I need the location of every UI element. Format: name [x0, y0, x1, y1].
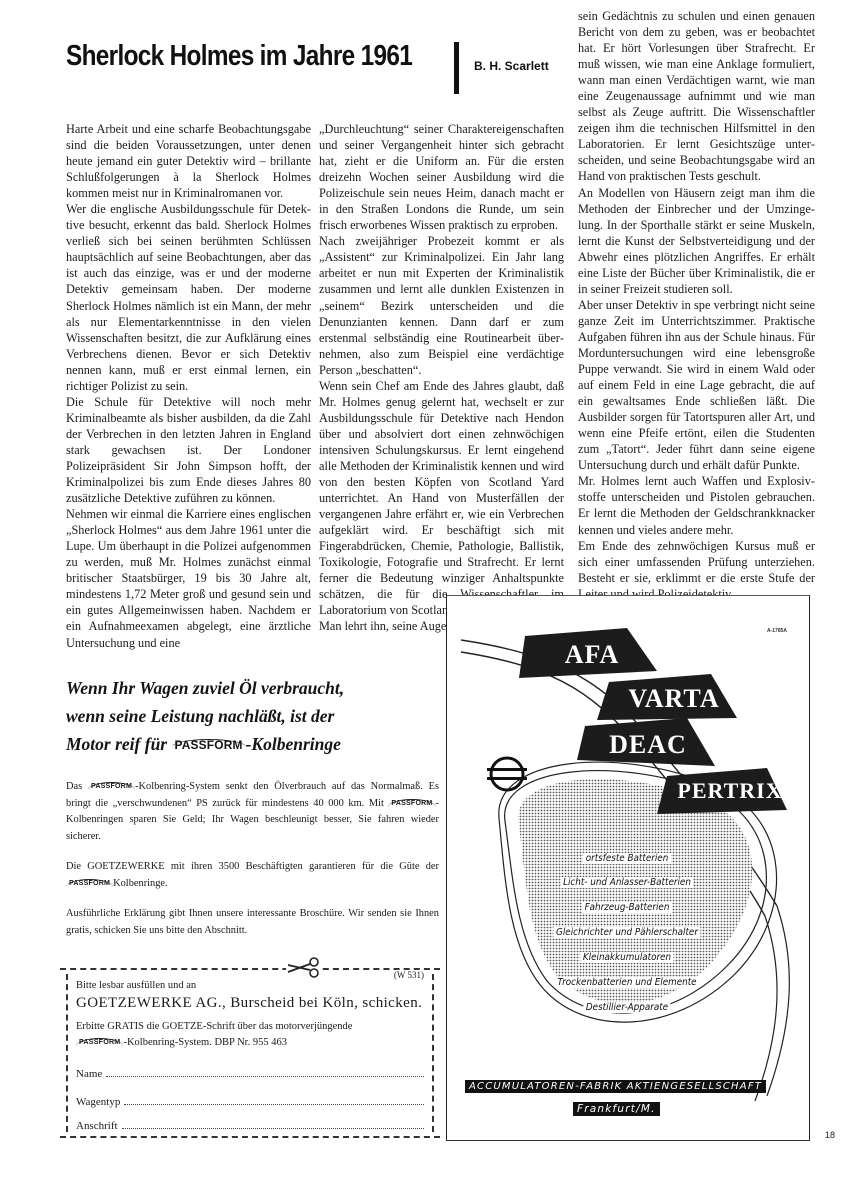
cut-line	[60, 1136, 440, 1138]
paragraph: Die Schule für Detektive will noch mehr …	[66, 394, 311, 506]
company-name: ACCUMULATOREN-FABRIK AKTIENGESELLSCHAFT	[465, 1080, 766, 1093]
brand-deac: DEAC	[593, 730, 703, 760]
cut-line	[60, 968, 440, 970]
coupon-border-right	[432, 974, 434, 1132]
name-field[interactable]: Name	[76, 1066, 424, 1080]
company-logo-icon	[487, 758, 527, 790]
headline-line: Wenn Ihr Wagen zuviel Öl verbraucht,	[66, 674, 441, 702]
coupon-request: Erbitte GRATIS die GOETZE-Schrift über d…	[76, 1021, 424, 1032]
brand-afa: AFA	[547, 640, 637, 670]
paragraph: Em Ende des zehnwöchigen Kursus muß er s…	[578, 538, 815, 602]
paragraph: „Durchleuchtung“ seiner Charaktereigensc…	[319, 121, 564, 233]
paragraph: Wer die englische Ausbildungsschule für …	[66, 201, 311, 394]
page-number: 18	[825, 1130, 835, 1140]
paragraph: Harte Arbeit und eine scharfe Beobachtun…	[66, 121, 311, 201]
coupon-code: (W 531)	[394, 970, 424, 980]
ad-reference-code: A-1785A	[767, 628, 787, 634]
coupon-border-left	[66, 974, 68, 1132]
product-item: Destillier-Apparate	[583, 1002, 670, 1013]
article-author: B. H. Scarlett	[474, 59, 549, 73]
headline-line: Motor reif für PASSFORM-Kolbenringe	[66, 730, 441, 758]
paragraph: Mr. Holmes lernt auch Waffen und Explosi…	[578, 473, 815, 537]
address-input-line[interactable]	[122, 1118, 424, 1129]
article-column-2: „Durchleuchtung“ seiner Charaktereigensc…	[319, 121, 564, 635]
passform-logo: PASSFORM	[388, 799, 435, 807]
paragraph: An Modellen von Häusern zeigt man ihm di…	[578, 185, 815, 297]
passform-logo: PASSFORM	[172, 739, 246, 752]
car-type-input-line[interactable]	[124, 1094, 424, 1105]
article-title: Sherlock Holmes im Jahre 1961	[66, 40, 412, 73]
field-label: Name	[76, 1068, 102, 1080]
paragraph: Nehmen wir einmal die Karriere eines eng…	[66, 506, 311, 650]
text: -Kolbenring-System. DBP Nr. 955 463	[123, 1037, 287, 1048]
headline-line: wenn seine Leistung nachläßt, ist der	[66, 702, 441, 730]
passform-paragraph-3: Ausführliche Erklärung gibt Ihnen unsere…	[66, 906, 439, 939]
name-input-line[interactable]	[106, 1066, 424, 1077]
paragraph: Aber unser Detektiv in spe verbringt nic…	[578, 297, 815, 474]
brand-varta: VARTA	[619, 684, 729, 714]
passform-logo: PASSFORM	[76, 1038, 123, 1046]
product-item: Trockenbatterien und Elemente	[555, 977, 699, 988]
text: Kolbenringe.	[113, 878, 168, 889]
paragraph: sein Gedächtnis zu schulen und einen gen…	[578, 8, 815, 185]
brand-pertrix: PERTRIX	[675, 778, 785, 804]
product-item: Licht- und Anlasser-Batterien	[560, 877, 693, 888]
car-type-field[interactable]: Wagentyp	[76, 1094, 424, 1108]
passform-logo: PASSFORM	[66, 879, 113, 887]
headline-text: Motor reif für	[66, 734, 172, 754]
product-item: ortsfeste Batterien	[583, 853, 671, 864]
coupon-request-2: PASSFORM-Kolbenring-System. DBP Nr. 955 …	[76, 1037, 424, 1048]
title-divider	[454, 42, 459, 94]
product-item: Kleinakkumulatoren	[580, 952, 674, 963]
article-column-1: Harte Arbeit und eine scharfe Beobachtun…	[66, 121, 311, 651]
field-label: Anschrift	[76, 1120, 118, 1132]
coupon-address: GOETZEWERKE AG., Burscheid bei Köln, sch…	[76, 995, 424, 1012]
passform-paragraph-2: Die GOETZEWERKE mit ihren 3500 Beschäfti…	[66, 859, 439, 892]
product-item: Gleichrichter und Pählerschalter	[553, 927, 700, 938]
text: Das	[66, 781, 88, 792]
address-field[interactable]: Anschrift	[76, 1118, 424, 1132]
headline-text: -Kolbenringe	[246, 734, 341, 754]
article-column-3: sein Gedächtnis zu schulen und einen gen…	[578, 8, 815, 602]
paragraph: Wenn sein Chef am Ende des Jahres glaubt…	[319, 378, 564, 619]
scissors-icon	[286, 956, 320, 980]
coupon-instruction: Bitte lesbar ausfüllen und an	[76, 980, 424, 991]
text: Die GOETZEWERKE mit ihren 3500 Beschäfti…	[66, 861, 439, 872]
passform-logo: PASSFORM	[88, 782, 135, 790]
battery-ad: AFA VARTA DEAC PERTRIX A-1785A ortsfeste…	[446, 595, 810, 1141]
passform-headline: Wenn Ihr Wagen zuviel Öl verbraucht, wen…	[66, 674, 441, 758]
order-coupon: (W 531) Bitte lesbar ausfüllen und an GO…	[60, 958, 440, 1138]
product-item: Fahrzeug-Batterien	[582, 902, 672, 913]
field-label: Wagentyp	[76, 1096, 120, 1108]
paragraph: Nach zweijähriger Probezeit kommt er als…	[319, 233, 564, 377]
company-city: Frankfurt/M.	[573, 1102, 660, 1116]
passform-paragraph-1: Das PASSFORM-Kolbenring-System senkt den…	[66, 779, 439, 845]
ad-artwork	[447, 596, 809, 1140]
